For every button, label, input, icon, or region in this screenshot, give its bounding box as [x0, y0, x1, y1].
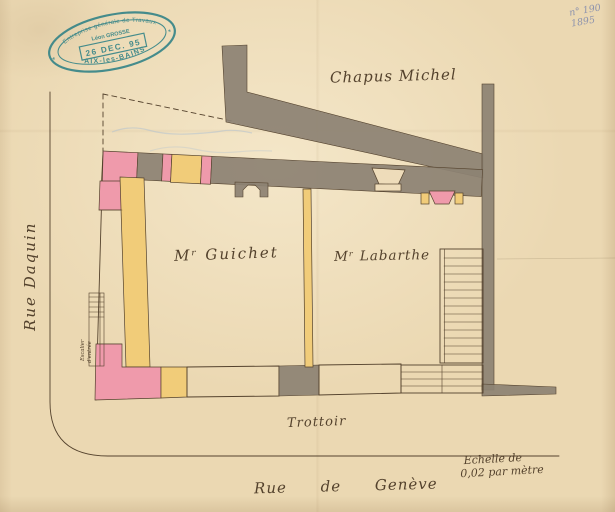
bottom-wall — [161, 364, 401, 398]
partition-wall — [303, 189, 313, 367]
stamp-ornament-right: * — [167, 28, 172, 37]
fireplace-mark — [421, 191, 463, 204]
company-date-stamp: Entreprise générale de Travaux Léon GROS… — [8, 0, 228, 90]
right-party-wall — [482, 84, 494, 390]
label-room-left-owner: Mʳ Guichet — [174, 244, 279, 264]
stamp-ornament-left: * — [52, 55, 57, 64]
label-neighbor-owner: Chapus Michel — [330, 66, 457, 86]
staircase-lower-flight — [401, 365, 483, 393]
annex-label-line1: Escalier — [80, 339, 86, 362]
faint-pencil-scribbles — [112, 128, 272, 153]
window-opening — [372, 168, 405, 191]
scanned-plan-sheet: Escalier d'entrée Entreprise générale de… — [0, 0, 615, 512]
crease-line — [497, 258, 615, 259]
annex-label-line2: d'entrée — [86, 341, 93, 363]
label-street-left: Rue Daquin — [22, 216, 39, 336]
wall-pilaster-mark — [235, 182, 268, 197]
staircase-upper-flight — [440, 249, 483, 363]
label-room-right-owner: Mʳ Labarthe — [334, 248, 430, 265]
label-sidewalk: Trottoir — [287, 415, 347, 431]
scale-note: Echelle de 0,02 par mètre — [463, 451, 544, 480]
dashed-property-lines — [103, 94, 232, 151]
stair-treads — [444, 258, 483, 354]
left-wall — [95, 152, 161, 400]
right-wall-foot — [482, 384, 556, 396]
